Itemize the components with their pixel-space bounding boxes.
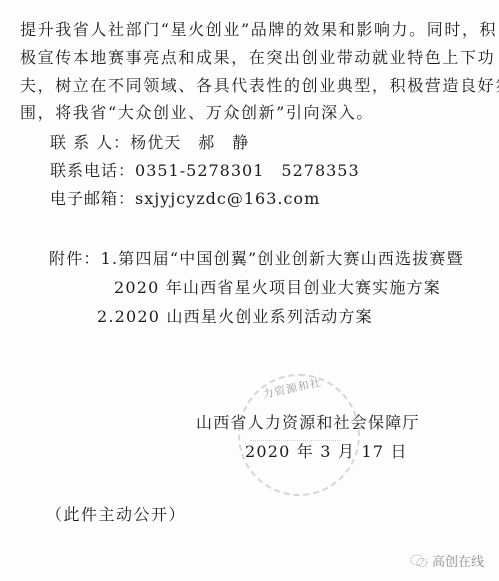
contact-persons-value: 杨优天 郝 静 (130, 133, 249, 152)
disclosure-note: （此件主动公开） (46, 505, 186, 525)
issuing-organization: 山西省人力资源和社会保障厅 (196, 413, 420, 433)
contact-phone-value: 0351-5278301 5278353 (135, 161, 360, 180)
paragraph-line: 夫，树立在不同领域、各具代表性的创业典型，积极营造良好氛 (20, 76, 499, 96)
watermark: 高创在线 (410, 551, 484, 570)
paragraph-line: 极宣传本地赛事亮点和成果，在突出创业带动就业特色上下功 (20, 48, 495, 68)
official-seal-detail (250, 440, 340, 441)
attachment-1-title-line2: 2020 年山西省星火项目创业大赛实施方案 (114, 278, 441, 298)
paragraph-line: 围，将我省“大众创业、万众创新”引向深入。 (20, 103, 374, 123)
paragraph-line: 提升我省人社部门“星火创业”品牌的效果和影响力。同时，积 (20, 20, 497, 40)
contact-phone-label: 联系电话： (50, 161, 135, 180)
contact-persons-label: 联 系 人： (50, 133, 130, 152)
attachment-1-title-line1: 1.第四届“中国创翼”创业创新大赛山西选拔赛暨 (101, 249, 464, 268)
attachments-label: 附件： (49, 249, 101, 268)
issue-date: 2020 年 3 月 17 日 (245, 442, 408, 462)
watermark-text: 高创在线 (432, 551, 484, 570)
contact-persons: 联 系 人：杨优天 郝 静 (50, 133, 249, 153)
contact-email: 电子邮箱：sxjyjcyzdc@163.com (50, 189, 320, 209)
wechat-icon (410, 554, 428, 568)
contact-phone: 联系电话：0351-5278301 5278353 (50, 161, 360, 181)
attachment-item-1: 附件：1.第四届“中国创翼”创业创新大赛山西选拔赛暨 (49, 249, 464, 269)
attachment-item-2: 2.2020 山西星火创业系列活动方案 (97, 307, 373, 327)
document-page: 提升我省人社部门“星火创业”品牌的效果和影响力。同时，积 极宣传本地赛事亮点和成… (0, 0, 499, 581)
contact-email-value[interactable]: sxjyjcyzdc@163.com (135, 189, 320, 208)
contact-email-label: 电子邮箱： (50, 189, 135, 208)
